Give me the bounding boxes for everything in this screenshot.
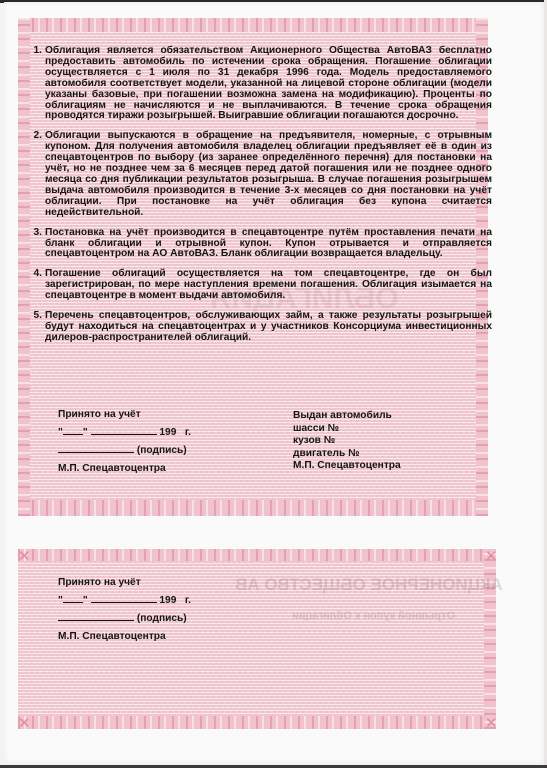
year-prefix: 199 [159,427,176,438]
registration-signature-field[interactable]: (подпись) [58,442,191,460]
registration-title: Принято на учёт [58,406,191,424]
corner-cross-icon: ✕ [485,549,498,564]
clause-item: 1. Облигация является обязательством Акц… [30,46,492,122]
signature-blank[interactable] [58,611,134,621]
clause-number: 3. [30,228,45,261]
month-blank[interactable] [91,593,157,603]
engine-number-field[interactable]: двигатель № [293,448,401,461]
clause-text: Постановка на учёт производится в спецав… [45,228,492,261]
ghost-text-line-1: АКЦИОНЕРНОЕ ОБЩЕСТВО АВ [235,575,503,595]
issued-stamp: М.П. Спецавтоцентра [293,460,401,473]
coupon-stamp: М.П. Спецавтоцентра [58,628,191,646]
coupon-registration-block: Принято на учёт "" 199 г. (подпись) М.П.… [58,574,191,646]
clause-text: Облигации выпускаются в обращение на пре… [45,131,492,218]
coupon-border-bottom [18,716,496,729]
clause-number: 1. [30,46,45,122]
corner-cross-icon: ✕ [485,716,498,731]
registration-stamp: М.П. Спецавтоцентра [58,460,191,478]
year-suffix: г. [185,595,191,606]
bond-border-bottom [18,500,488,516]
coupon-date-field[interactable]: "" 199 г. [58,592,191,610]
ghost-text-line-2: Отрывной купон к Облигации [292,610,455,622]
quote-close: " [83,595,88,606]
day-blank[interactable] [63,425,83,435]
vehicle-issued-block: Выдан автомобиль шасси № кузов № двигате… [293,410,401,473]
body-number-field[interactable]: кузов № [293,435,401,448]
corner-cross-icon: ✕ [18,549,31,564]
signature-label: (подпись) [137,445,187,456]
clause-text: Облигация является обязательством Акцион… [45,46,492,122]
clause-number: 4. [30,269,45,302]
clause-item: 2. Облигации выпускаются в обращение на … [30,131,492,218]
clause-item: 4. Погашение облигаций осуществляется на… [30,269,492,302]
coupon-title: Принято на учёт [58,574,191,592]
bond-border-left [18,18,30,516]
corner-cross-icon: ✕ [18,716,31,731]
year-suffix: г. [185,427,191,438]
clause-item: 5. Перечень спецавтоцентров, обслуживающ… [30,311,492,344]
clause-text: Перечень спецавтоцентров, обслуживающих … [45,311,492,344]
quote-close: " [83,427,88,438]
clause-number: 2. [30,131,45,218]
signature-blank[interactable] [58,443,134,453]
issued-title: Выдан автомобиль [293,410,401,423]
registration-date-field[interactable]: "" 199 г. [58,424,191,442]
registration-block: Принято на учёт "" 199 г. (подпись) М.П.… [58,406,191,478]
clause-number: 5. [30,311,45,344]
chassis-number-field[interactable]: шасси № [293,423,401,436]
coupon-signature-field[interactable]: (подпись) [58,610,191,628]
clause-item: 3. Постановка на учёт производится в спе… [30,228,492,261]
coupon-border-top [18,549,496,561]
year-prefix: 199 [159,595,176,606]
bond-border-top [18,18,488,32]
clause-text: Погашение облигаций осуществляется на то… [45,269,492,302]
bond-terms-list: 1. Облигация является обязательством Акц… [30,46,492,353]
day-blank[interactable] [63,593,83,603]
signature-label: (подпись) [137,613,187,624]
month-blank[interactable] [91,425,157,435]
